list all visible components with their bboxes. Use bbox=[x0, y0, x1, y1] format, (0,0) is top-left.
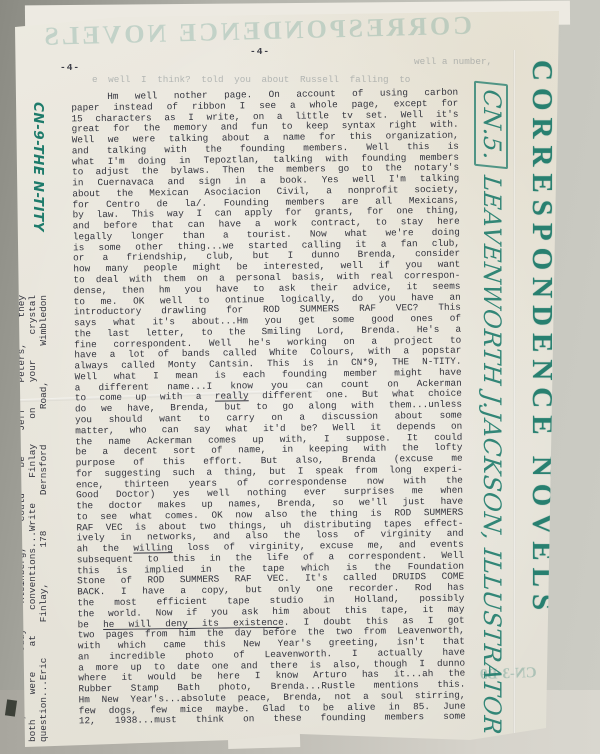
handwriting-issue-code: CN.5. bbox=[474, 81, 508, 169]
correspondence-novels-stamp: CORRESPONDENCE NOVELS bbox=[525, 60, 558, 617]
show-through-typed-line: e well I think? told you about Russell f… bbox=[92, 74, 410, 85]
left-margin-typed-block: more, hm Judy Kleinberg, could be Jeff P… bbox=[16, 295, 49, 742]
margin-typed-line: more, hm Judy Kleinberg, could be Jeff P… bbox=[16, 295, 27, 742]
show-through-typed-line: well a number, bbox=[414, 56, 492, 67]
paper-page: CORRESPONDENCE NOVELS well a number, e w… bbox=[0, 0, 600, 754]
margin-typed-line: both were at conventions...Write Finlay … bbox=[27, 295, 38, 742]
handwriting-artist-credit: LEAVENWORTH J.JACKSON, ILLUSTRATOR bbox=[478, 174, 506, 736]
margin-typed-line: question...Eric Finlay, 178 Dernsford Ro… bbox=[38, 295, 49, 742]
page-number: -4- bbox=[250, 46, 270, 57]
right-margin-handwriting: CN.5. LEAVENWORTH J.JACKSON, ILLUSTRATOR bbox=[478, 81, 506, 736]
vertical-fold-crease bbox=[513, 50, 516, 740]
left-margin-green-label: CN-9-THE N-TITY bbox=[30, 102, 46, 232]
page-number: -4- bbox=[60, 62, 80, 73]
photo-background: CORRESPONDENCE NOVELS well a number, e w… bbox=[0, 0, 600, 754]
typed-text-block: Hm well nother page. On account of using… bbox=[71, 88, 466, 728]
